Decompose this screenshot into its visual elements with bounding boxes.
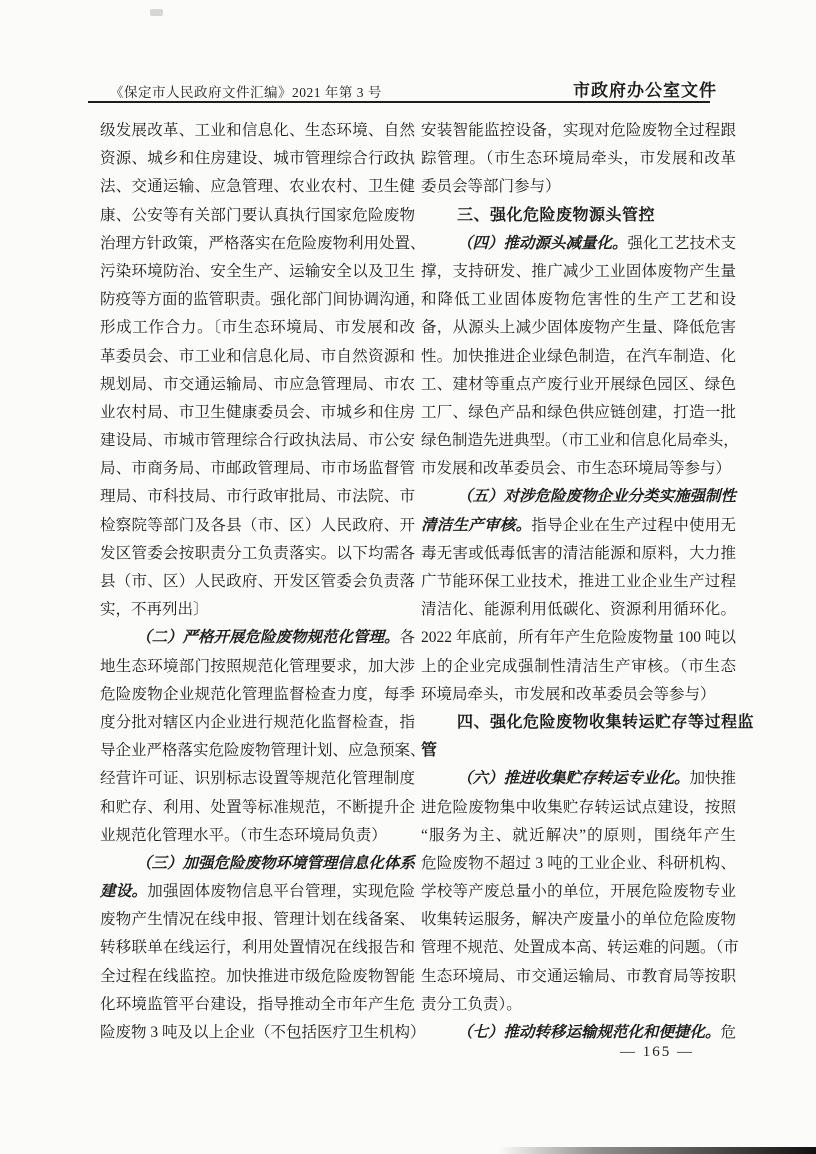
text-line: 防疫等方面的监管职责。强化部门间协调沟通， — [100, 286, 415, 314]
body-text: 管理不规范、处置成本高、转运难的问题。（市 — [421, 939, 739, 956]
text-line: 危险废物企业规范化管理监督检查力度，每季 — [100, 681, 415, 709]
text-line: 责分工负责）。 — [421, 991, 736, 1019]
body-text: 2022 年底前，所有年产生危险废物量 100 吨以 — [421, 629, 736, 646]
body-text: 规划局、市交通运输局、市应急管理局、市农 — [100, 376, 415, 393]
body-text: 局、市商务局、市邮政管理局、市市场监督管 — [100, 460, 415, 477]
body-text: 危险废物企业规范化管理监督检查力度，每季 — [100, 686, 415, 703]
text-line: 三、强化危险废物源头管控 — [421, 202, 736, 230]
body-text: 污染环境防治、安全生产、运输安全以及卫生 — [100, 263, 415, 280]
text-line: 毒无害或低毒低害的清洁能源和原料，大力推 — [421, 540, 736, 568]
body-text: 绿色制造先进典型。（市工业和信息化局牵头， — [421, 432, 739, 449]
text-line: 清洁生产审核。指导企业在生产过程中使用无 — [421, 512, 736, 540]
body-text: 学校等产废总量小的单位，开展危险废物专业 — [421, 883, 736, 900]
item-heading-text: （三）加强危险废物环境管理信息化体系 — [136, 855, 415, 872]
body-text: 理局、市科技局、市行政审批局、市法院、市 — [100, 488, 415, 505]
document-page: 《保定市人民政府文件汇编》2021 年第 3 号 市政府办公室文件 级发展改革、… — [0, 0, 816, 1154]
body-text: 危 — [721, 1024, 737, 1041]
text-line: 备，从源头上减少固体废物产生量、降低危害 — [421, 314, 736, 342]
body-text: 业规范化管理水平。（市生态环境局负责） — [100, 827, 387, 844]
header-right-doc-type: 市政府办公室文件 — [573, 76, 717, 101]
text-line: 发区管委会按职责分工负责落实。以下均需各 — [100, 540, 415, 568]
body-text: 废物产生情况在线申报、管理计划在线备案、 — [100, 911, 415, 928]
body-text: 撑，支持研发、推广减少工业固体废物产生量 — [421, 263, 736, 280]
text-line: 污染环境防治、安全生产、运输安全以及卫生 — [100, 258, 415, 286]
text-line: 管理不规范、处置成本高、转运难的问题。（市 — [421, 934, 736, 962]
body-text: 各 — [400, 629, 416, 646]
text-line: 治理方针政策，严格落实在危险废物利用处置、 — [100, 230, 415, 258]
body-text: 导企业严格落实危险废物管理计划、应急预案、 — [100, 742, 426, 759]
scan-edge-artifact-bottom — [498, 1147, 816, 1154]
text-line: 市发展和改革委员会、市生态环境局等参与） — [421, 455, 736, 483]
text-column-right: 安装智能监控设备，实现对危险废物全过程跟踪管理。（市生态环境局牵头，市发展和改革… — [421, 117, 736, 1047]
text-line: 资源、城乡和住房建设、城市管理综合行政执 — [100, 145, 415, 173]
body-text: 工、建材等重点产废行业开展绿色园区、绿色 — [421, 376, 736, 393]
page-number: — 165 — — [620, 1044, 694, 1061]
body-text: 治理方针政策，严格落实在危险废物利用处置、 — [100, 235, 426, 252]
body-text: 检察院等部门及各县（市、区）人民政府、开 — [100, 517, 415, 534]
item-heading-text: （二）严格开展危险废物规范化管理。 — [136, 629, 400, 646]
text-line: 经营许可证、识别标志设置等规范化管理制度 — [100, 765, 415, 793]
item-heading-text: （五）对涉危险废物企业分类实施强制性 — [457, 488, 736, 505]
text-line: （六）推进收集贮存转运专业化。加快推 — [421, 765, 736, 793]
body-text: 安装智能监控设备，实现对危险废物全过程跟 — [421, 122, 736, 139]
section-heading-text: 三、强化危险废物源头管控 — [457, 207, 655, 224]
text-line: 学校等产废总量小的单位，开展危险废物专业 — [421, 878, 736, 906]
text-line: 性。加快推进企业绿色制造，在汽车制造、化 — [421, 343, 736, 371]
scan-speck-artifact — [150, 9, 163, 16]
body-text: 工厂、绿色产品和绿色供应链创建，打造一批 — [421, 404, 736, 421]
body-text: 进危险废物集中收集贮存转运试点建设，按照 — [421, 799, 736, 816]
body-text: 业农村局、市卫生健康委员会、市城乡和住房 — [100, 404, 415, 421]
section-heading-text: 四、强化危险废物收集转运贮存等过程监 — [457, 714, 754, 731]
text-line: 理局、市科技局、市行政审批局、市法院、市 — [100, 483, 415, 511]
body-text: 建设局、市城市管理综合行政执法局、市公安 — [100, 432, 415, 449]
text-line: 生态环境局、市交通运输局、市教育局等按职 — [421, 963, 736, 991]
text-line: 委员会等部门参与） — [421, 173, 736, 201]
text-line: 和降低工业固体废物危害性的生产工艺和设 — [421, 286, 736, 314]
text-line: 康、公安等有关部门要认真执行国家危险废物 — [100, 202, 415, 230]
text-line: 革委员会、市工业和信息化局、市自然资源和 — [100, 343, 415, 371]
text-line: 险废物 3 吨及以上企业（不包括医疗卫生机构） — [100, 1019, 415, 1047]
body-text: 备，从源头上减少固体废物产生量、降低危害 — [421, 319, 736, 336]
text-line: 废物产生情况在线申报、管理计划在线备案、 — [100, 906, 415, 934]
header-left-publication: 《保定市人民政府文件汇编》2021 年第 3 号 — [110, 81, 382, 101]
body-text: 生态环境局、市交通运输局、市教育局等按职 — [421, 968, 736, 985]
text-line: 绿色制造先进典型。（市工业和信息化局牵头， — [421, 427, 736, 455]
body-text: 康、公安等有关部门要认真执行国家危险废物 — [100, 207, 415, 224]
text-column-left: 级发展改革、工业和信息化、生态环境、自然资源、城乡和住房建设、城市管理综合行政执… — [100, 117, 415, 1047]
item-heading-text: （七）推动转移运输规范化和便捷化。 — [457, 1024, 721, 1041]
body-text: 毒无害或低毒低害的清洁能源和原料，大力推 — [421, 545, 736, 562]
body-text: 发区管委会按职责分工负责落实。以下均需各 — [100, 545, 415, 562]
body-text: 环境局牵头，市发展和改革委员会等参与） — [421, 686, 716, 703]
body-text: 清洁化、能源利用低碳化、资源利用循环化。 — [421, 601, 736, 618]
body-text: 实，不再列出〕 — [100, 601, 209, 618]
body-text: 革委员会、市工业和信息化局、市自然资源和 — [100, 348, 415, 365]
body-text: 收集转运服务，解决产废量小的单位危险废物 — [421, 911, 736, 928]
text-line: 安装智能监控设备，实现对危险废物全过程跟 — [421, 117, 736, 145]
text-line: （二）严格开展危险废物规范化管理。各 — [100, 624, 415, 652]
item-heading-text: （四）推动源头减量化。 — [457, 235, 628, 252]
header-rule — [88, 101, 710, 103]
body-text: 转移联单在线运行，利用处置情况在线报告和 — [100, 939, 415, 956]
text-line: “服务为主、就近解决”的原则，围绕年产生 — [421, 822, 736, 850]
text-line: 撑，支持研发、推广减少工业固体废物产生量 — [421, 258, 736, 286]
body-text: 险废物 3 吨及以上企业（不包括医疗卫生机构） — [100, 1024, 426, 1041]
text-line: 地生态环境部门按照规范化管理要求，加大涉 — [100, 653, 415, 681]
text-line: （三）加强危险废物环境管理信息化体系 — [100, 850, 415, 878]
body-text: 级发展改革、工业和信息化、生态环境、自然 — [100, 122, 415, 139]
body-text: 和贮存、利用、处置等标准规范，不断提升企 — [100, 799, 415, 816]
item-heading-text: 建设。 — [100, 883, 147, 900]
text-line: 化环境监管平台建设，指导推动全市年产生危 — [100, 991, 415, 1019]
text-line: 建设局、市城市管理综合行政执法局、市公安 — [100, 427, 415, 455]
body-text: 指导企业在生产过程中使用无 — [531, 517, 736, 534]
text-line: 度分批对辖区内企业进行规范化监督检查，指 — [100, 709, 415, 737]
text-line: 级发展改革、工业和信息化、生态环境、自然 — [100, 117, 415, 145]
text-line: 管 — [421, 737, 736, 765]
text-line: 工厂、绿色产品和绿色供应链创建，打造一批 — [421, 399, 736, 427]
text-line: 法、交通运输、应急管理、农业农村、卫生健 — [100, 173, 415, 201]
body-text: 和降低工业固体废物危害性的生产工艺和设 — [421, 291, 736, 308]
body-text: 县（市、区）人民政府、开发区管委会负责落 — [100, 573, 415, 590]
text-line: 收集转运服务，解决产废量小的单位危险废物 — [421, 906, 736, 934]
text-line: 导企业严格落实危险废物管理计划、应急预案、 — [100, 737, 415, 765]
body-text: 性。加快推进企业绿色制造，在汽车制造、化 — [421, 348, 736, 365]
body-text: 加强固体废物信息平台管理，实现危险 — [147, 883, 415, 900]
body-text: 经营许可证、识别标志设置等规范化管理制度 — [100, 770, 415, 787]
text-line: 建设。加强固体废物信息平台管理，实现危险 — [100, 878, 415, 906]
text-line: （四）推动源头减量化。强化工艺技术支 — [421, 230, 736, 258]
text-line: 形成工作合力。〔市生态环境局、市发展和改 — [100, 314, 415, 342]
text-line: 业农村局、市卫生健康委员会、市城乡和住房 — [100, 399, 415, 427]
body-text: 法、交通运输、应急管理、农业农村、卫生健 — [100, 178, 415, 195]
body-text: 委员会等部门参与） — [421, 178, 561, 195]
body-text: 化环境监管平台建设，指导推动全市年产生危 — [100, 996, 415, 1013]
text-line: 进危险废物集中收集贮存转运试点建设，按照 — [421, 794, 736, 822]
text-line: 转移联单在线运行，利用处置情况在线报告和 — [100, 934, 415, 962]
text-line: 实，不再列出〕 — [100, 596, 415, 624]
body-text: 强化工艺技术支 — [628, 235, 737, 252]
body-text: 资源、城乡和住房建设、城市管理综合行政执 — [100, 150, 415, 167]
text-line: 业规范化管理水平。（市生态环境局负责） — [100, 822, 415, 850]
text-line: （七）推动转移运输规范化和便捷化。危 — [421, 1019, 736, 1047]
body-text: 上的企业完成强制性清洁生产审核。（市生态 — [421, 658, 736, 675]
text-line: 清洁化、能源利用低碳化、资源利用循环化。 — [421, 596, 736, 624]
text-line: 局、市商务局、市邮政管理局、市市场监督管 — [100, 455, 415, 483]
text-line: 工、建材等重点产废行业开展绿色园区、绿色 — [421, 371, 736, 399]
body-text: 形成工作合力。〔市生态环境局、市发展和改 — [100, 319, 415, 336]
body-text: “服务为主、就近解决”的原则，围绕年产生 — [421, 827, 736, 844]
text-line: 踪管理。（市生态环境局牵头，市发展和改革 — [421, 145, 736, 173]
text-line: 危险废物不超过 3 吨的工业企业、科研机构、 — [421, 850, 736, 878]
text-line: 和贮存、利用、处置等标准规范，不断提升企 — [100, 794, 415, 822]
body-text: 加快推 — [690, 770, 737, 787]
body-text: 全过程在线监控。加快推进市级危险废物智能 — [100, 968, 415, 985]
text-line: 2022 年底前，所有年产生危险废物量 100 吨以 — [421, 624, 736, 652]
body-text: 防疫等方面的监管职责。强化部门间协调沟通， — [100, 291, 426, 308]
text-line: 规划局、市交通运输局、市应急管理局、市农 — [100, 371, 415, 399]
body-text: 踪管理。（市生态环境局牵头，市发展和改革 — [421, 150, 736, 167]
body-text: 度分批对辖区内企业进行规范化监督检查，指 — [100, 714, 415, 731]
text-line: 上的企业完成强制性清洁生产审核。（市生态 — [421, 653, 736, 681]
body-text: 广节能环保工业技术，推进工业企业生产过程 — [421, 573, 736, 590]
body-text: 地生态环境部门按照规范化管理要求，加大涉 — [100, 658, 415, 675]
text-line: （五）对涉危险废物企业分类实施强制性 — [421, 483, 736, 511]
text-line: 检察院等部门及各县（市、区）人民政府、开 — [100, 512, 415, 540]
item-heading-text: 清洁生产审核。 — [421, 517, 531, 534]
text-line: 县（市、区）人民政府、开发区管委会负责落 — [100, 568, 415, 596]
text-line: 环境局牵头，市发展和改革委员会等参与） — [421, 681, 736, 709]
body-text: 责分工负责）。 — [421, 996, 522, 1013]
body-text: 危险废物不超过 3 吨的工业企业、科研机构、 — [421, 855, 736, 872]
text-line: 全过程在线监控。加快推进市级危险废物智能 — [100, 963, 415, 991]
text-line: 四、强化危险废物收集转运贮存等过程监 — [421, 709, 736, 737]
item-heading-text: （六）推进收集贮存转运专业化。 — [457, 770, 690, 787]
body-text: 市发展和改革委员会、市生态环境局等参与） — [421, 460, 731, 477]
section-heading-text: 管 — [421, 742, 438, 759]
text-line: 广节能环保工业技术，推进工业企业生产过程 — [421, 568, 736, 596]
